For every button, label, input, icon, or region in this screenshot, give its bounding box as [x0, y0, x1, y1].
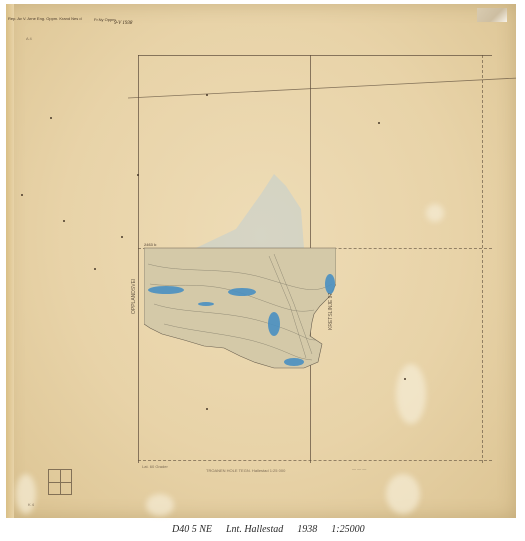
bottom-axis-label: TROANEN HOLE TEGN. Hallestad 1:25 000 — [206, 468, 285, 473]
inset-right-vertical-label: KRETSLINJE 97 — [328, 293, 334, 330]
map-sheet: Rep. Av V. Arne Eng. Oppm. Krand Nes d F… — [6, 4, 516, 518]
map-year: 1938 — [297, 524, 317, 535]
bottom-corner-mark: K 4 — [28, 502, 34, 507]
inset-left-vertical-label: OPPLANDSVEI — [131, 279, 137, 314]
map-inset — [144, 244, 336, 372]
index-grid — [48, 469, 72, 495]
map-scale: 1:25000 — [331, 524, 364, 535]
bottom-mid-note: — — — — [352, 466, 366, 471]
catalog-label: D40 5 NE Lnt. Hallestad 1938 1:25000 — [172, 520, 372, 538]
bottom-left-note: Lat. 60 Grader — [142, 464, 168, 469]
map-sheet-id: D40 5 NE — [172, 524, 212, 535]
map-place: Lnt. Hallestad — [226, 524, 283, 535]
inset-top-label: 2463 b — [144, 242, 156, 247]
